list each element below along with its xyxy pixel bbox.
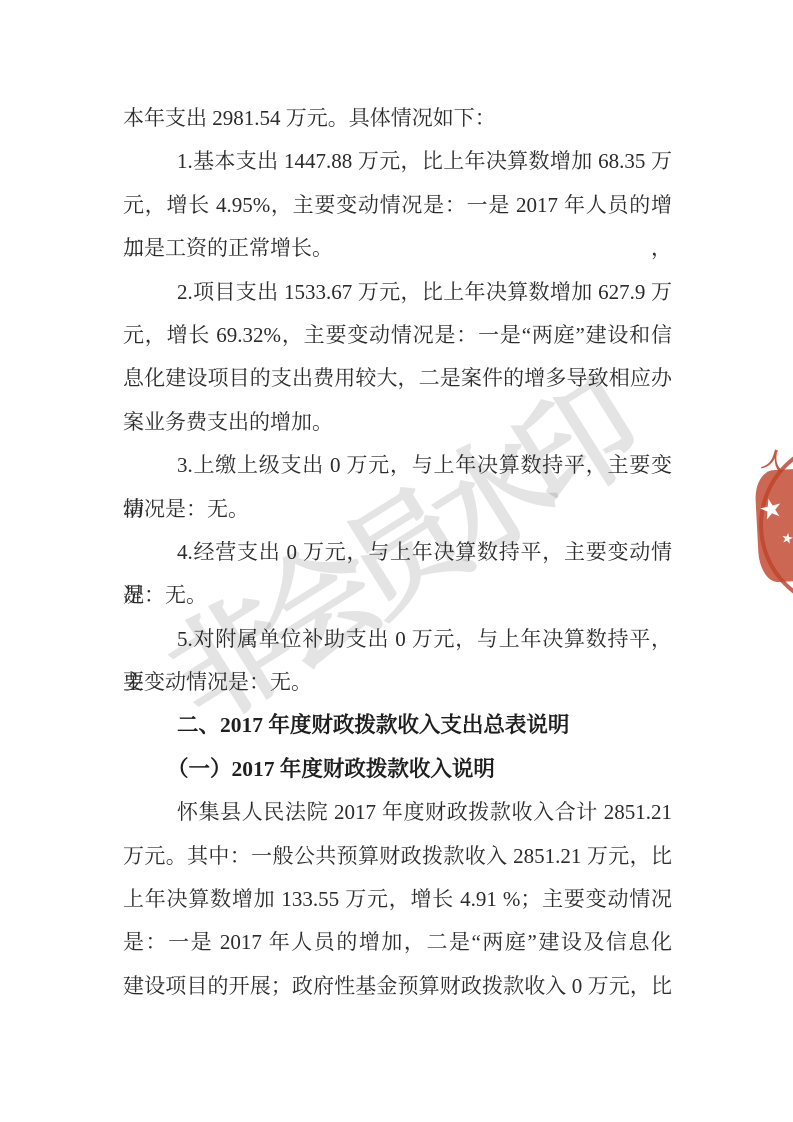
document-line: 是：无。 (123, 574, 672, 617)
document-line: 要变动情况是：无。 (123, 661, 672, 704)
document-line: 2.项目支出 1533.67 万元，比上年决算数增加 627.9 万 (123, 271, 672, 314)
document-line: 案业务费支出的增加。 (123, 401, 672, 444)
section-heading: 二、2017 年度财政拨款收入支出总表说明 (123, 704, 672, 747)
document-line: 1.基本支出 1447.88 万元，比上年决算数增加 68.35 万 (123, 140, 672, 183)
seal-star-icon: ★ (780, 530, 793, 548)
document-page: 非会员水印 ★ ★ 人 本年支出 2981.54 万元。具体情况如下： 1.基本… (0, 0, 793, 1122)
document-text-block: 本年支出 2981.54 万元。具体情况如下： 1.基本支出 1447.88 万… (123, 97, 672, 1008)
document-line: 5.对附属单位补助支出 0 万元，与上年决算数持平，主 (123, 618, 672, 661)
document-line: 是：一是 2017 年人员的增加，二是“两庭”建设及信息化 (123, 921, 672, 964)
document-line: 上年决算数增加 133.55 万元，增长 4.91 %；主要变动情况 (123, 878, 672, 921)
document-line: 元，增长 4.95%，主要变动情况是：一是 2017 年人员的增加， (123, 184, 672, 227)
seal-emblem-icon (754, 469, 793, 583)
document-line: 息化建设项目的支出费用较大，二是案件的增多导致相应办 (123, 357, 672, 400)
document-line: 3.上缴上级支出 0 万元，与上年决算数持平，主要变动 (123, 444, 672, 487)
document-line: 情况是：无。 (123, 488, 672, 531)
document-line: 4.经营支出 0 万元，与上年决算数持平，主要变动情况 (123, 531, 672, 574)
document-line: 怀集县人民法院 2017 年度财政拨款收入合计 2851.21 (123, 791, 672, 834)
document-line: 建设项目的开展；政府性基金预算财政拨款收入 0 万元，比 (123, 965, 672, 1008)
document-line: 本年支出 2981.54 万元。具体情况如下： (123, 97, 672, 140)
document-line: 元，增长 69.32%，主要变动情况是：一是“两庭”建设和信 (123, 314, 672, 357)
section-subheading: （一）2017 年度财政拨款收入说明 (123, 748, 672, 791)
document-line: 万元。其中：一般公共预算财政拨款收入 2851.21 万元，比 (123, 835, 672, 878)
